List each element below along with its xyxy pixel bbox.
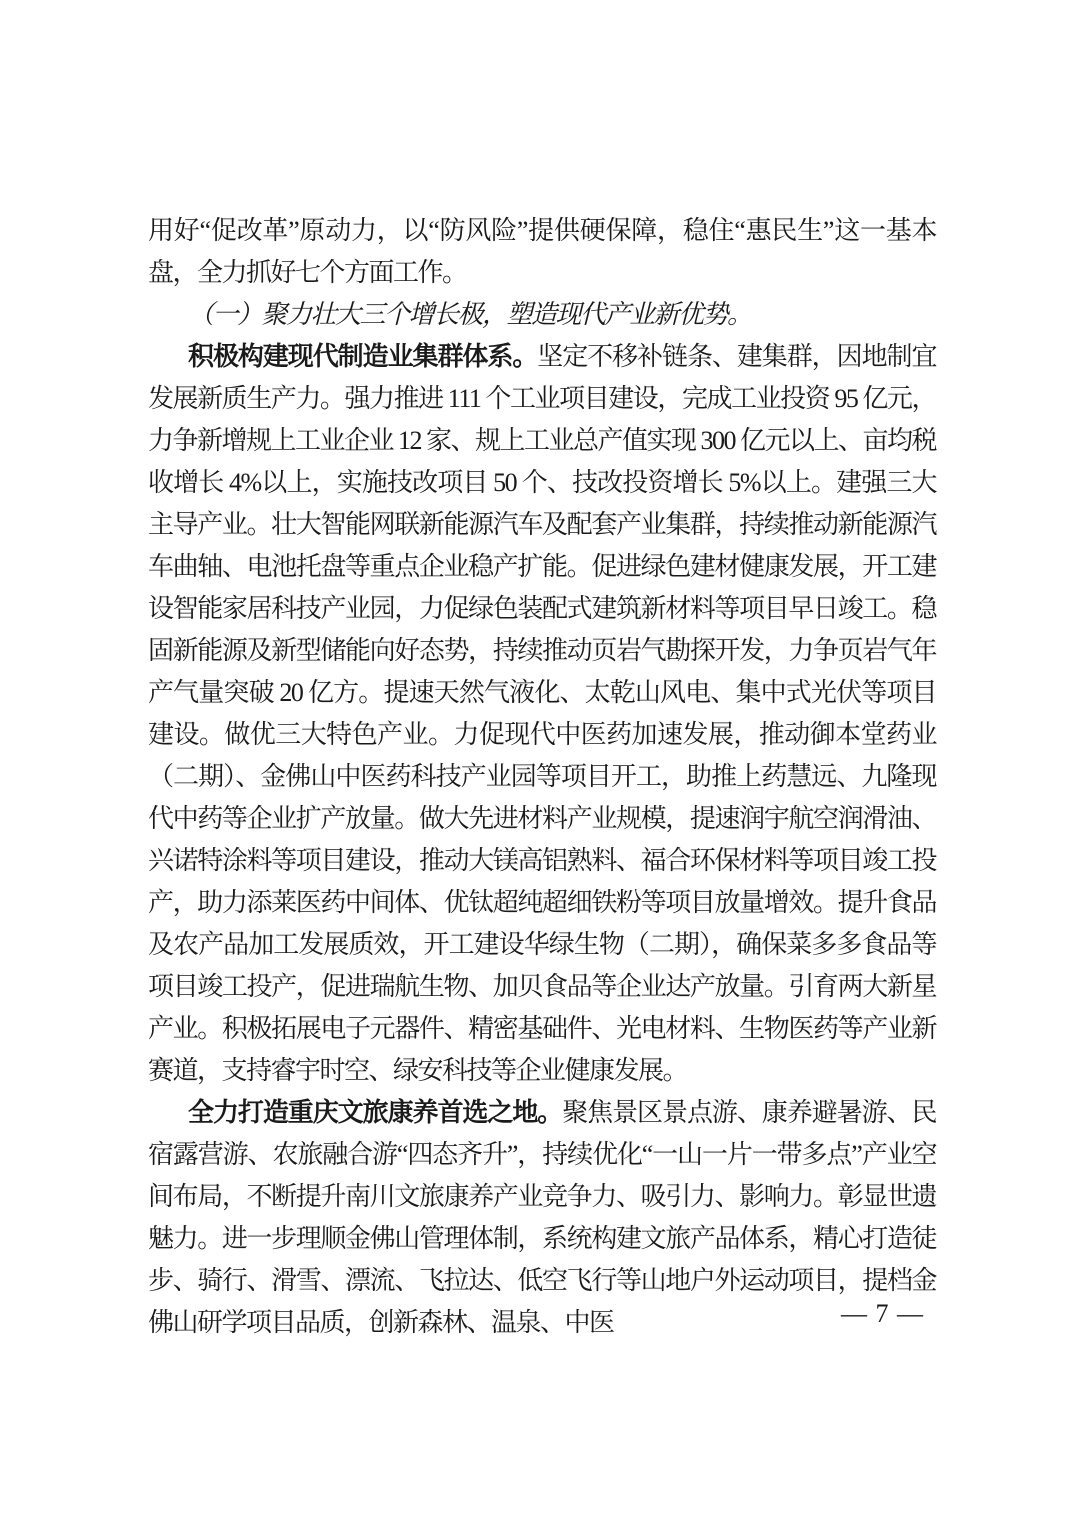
paragraph-tourism-body: 聚焦景区景点游、康养避暑游、民宿露营游、农旅融合游“四态齐升”，持续优化“一山一… [148,1098,936,1337]
paragraph-continuation: 用好“促改革”原动力，以“防风险”提供硬保障，稳住“惠民生”这一基本盘，全力抓好… [148,210,936,294]
paragraph-continuation-text: 用好“促改革”原动力，以“防风险”提供硬保障，稳住“惠民生”这一基本盘，全力抓好… [148,216,936,287]
page-number: — 7 — [841,1296,924,1332]
paragraph-manufacturing: 积极构建现代制造业集群体系。坚定不移补链条、建集群，因地制宜发展新质生产力。强力… [148,336,936,1092]
section-heading: （一）聚力壮大三个增长极，塑造现代产业新优势。 [148,294,936,336]
paragraph-tourism-lead: 全力打造重庆文旅康养首选之地。 [188,1098,562,1127]
section-heading-text: （一）聚力壮大三个增长极，塑造现代产业新优势。 [188,300,752,329]
document-page: 用好“促改革”原动力，以“防风险”提供硬保障，稳住“惠民生”这一基本盘，全力抓好… [0,0,1074,1520]
paragraph-tourism: 全力打造重庆文旅康养首选之地。聚焦景区景点游、康养避暑游、民宿露营游、农旅融合游… [148,1092,936,1344]
document-body: 用好“促改革”原动力，以“防风险”提供硬保障，稳住“惠民生”这一基本盘，全力抓好… [148,210,936,1344]
paragraph-manufacturing-body: 坚定不移补链条、建集群，因地制宜发展新质生产力。强力推进 111 个工业项目建设… [148,342,936,1085]
paragraph-manufacturing-lead: 积极构建现代制造业集群体系。 [188,342,537,371]
